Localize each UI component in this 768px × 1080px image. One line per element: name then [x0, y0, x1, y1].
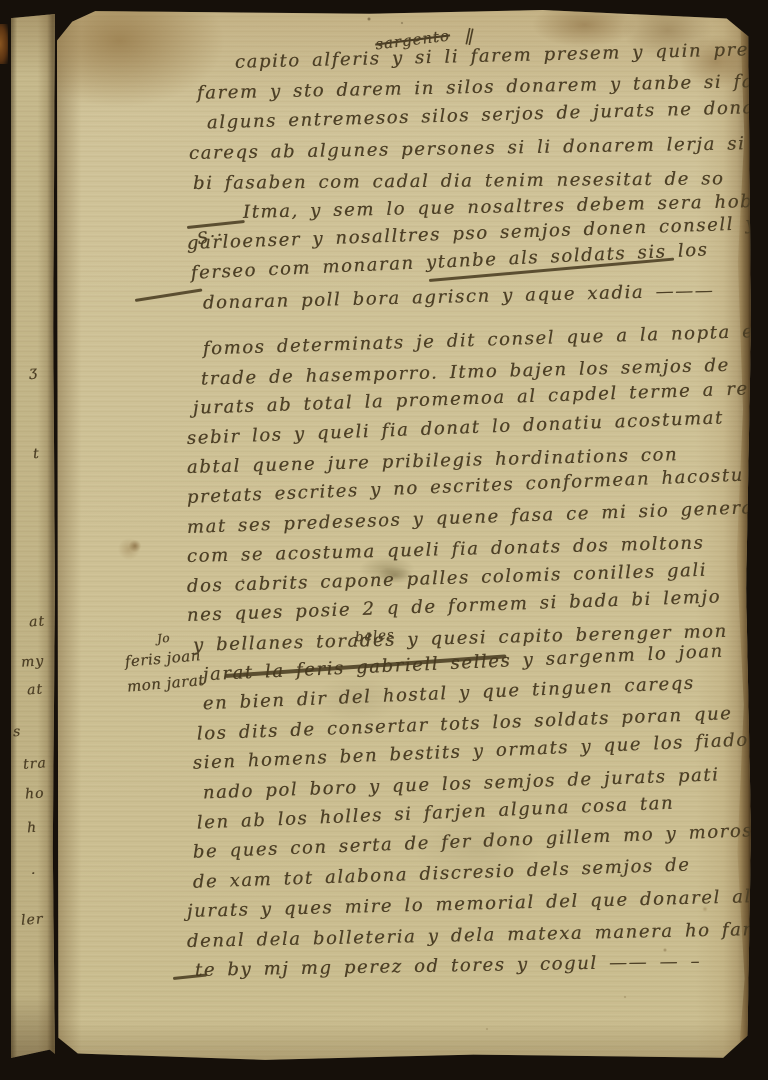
page-edge-fragment: h	[26, 820, 37, 837]
page-edge-fragment: ·	[30, 866, 37, 882]
paragraph-2: fomos determinats je dit consel que a la…	[187, 339, 768, 990]
page-edge-fragment: at	[26, 681, 43, 698]
page-edge-fragment: tra	[22, 755, 47, 773]
manuscript-page: 41 sargento ∥ S·· capito alferis y si li…	[57, 9, 751, 1063]
manuscript-scan: ʒ t at my at s tra ho h · ler 41 sargent…	[0, 0, 768, 1080]
page-edge-fragment: t	[32, 446, 40, 462]
page-edge-fragment: my	[20, 653, 44, 671]
page-edge-fragment: ʒ	[28, 364, 38, 381]
page-edge-fragment: ler	[20, 911, 44, 929]
page-edge-fragment: s	[12, 724, 21, 741]
binding-edge	[0, 24, 8, 64]
page-edge-fragment: at	[28, 613, 45, 630]
page-edge-fragment: ho	[24, 785, 45, 802]
previous-page-edge: ʒ t at my at s tra ho h · ler	[11, 14, 55, 1058]
paragraph-1: capito alferis y si li farem presem y qu…	[187, 53, 768, 323]
